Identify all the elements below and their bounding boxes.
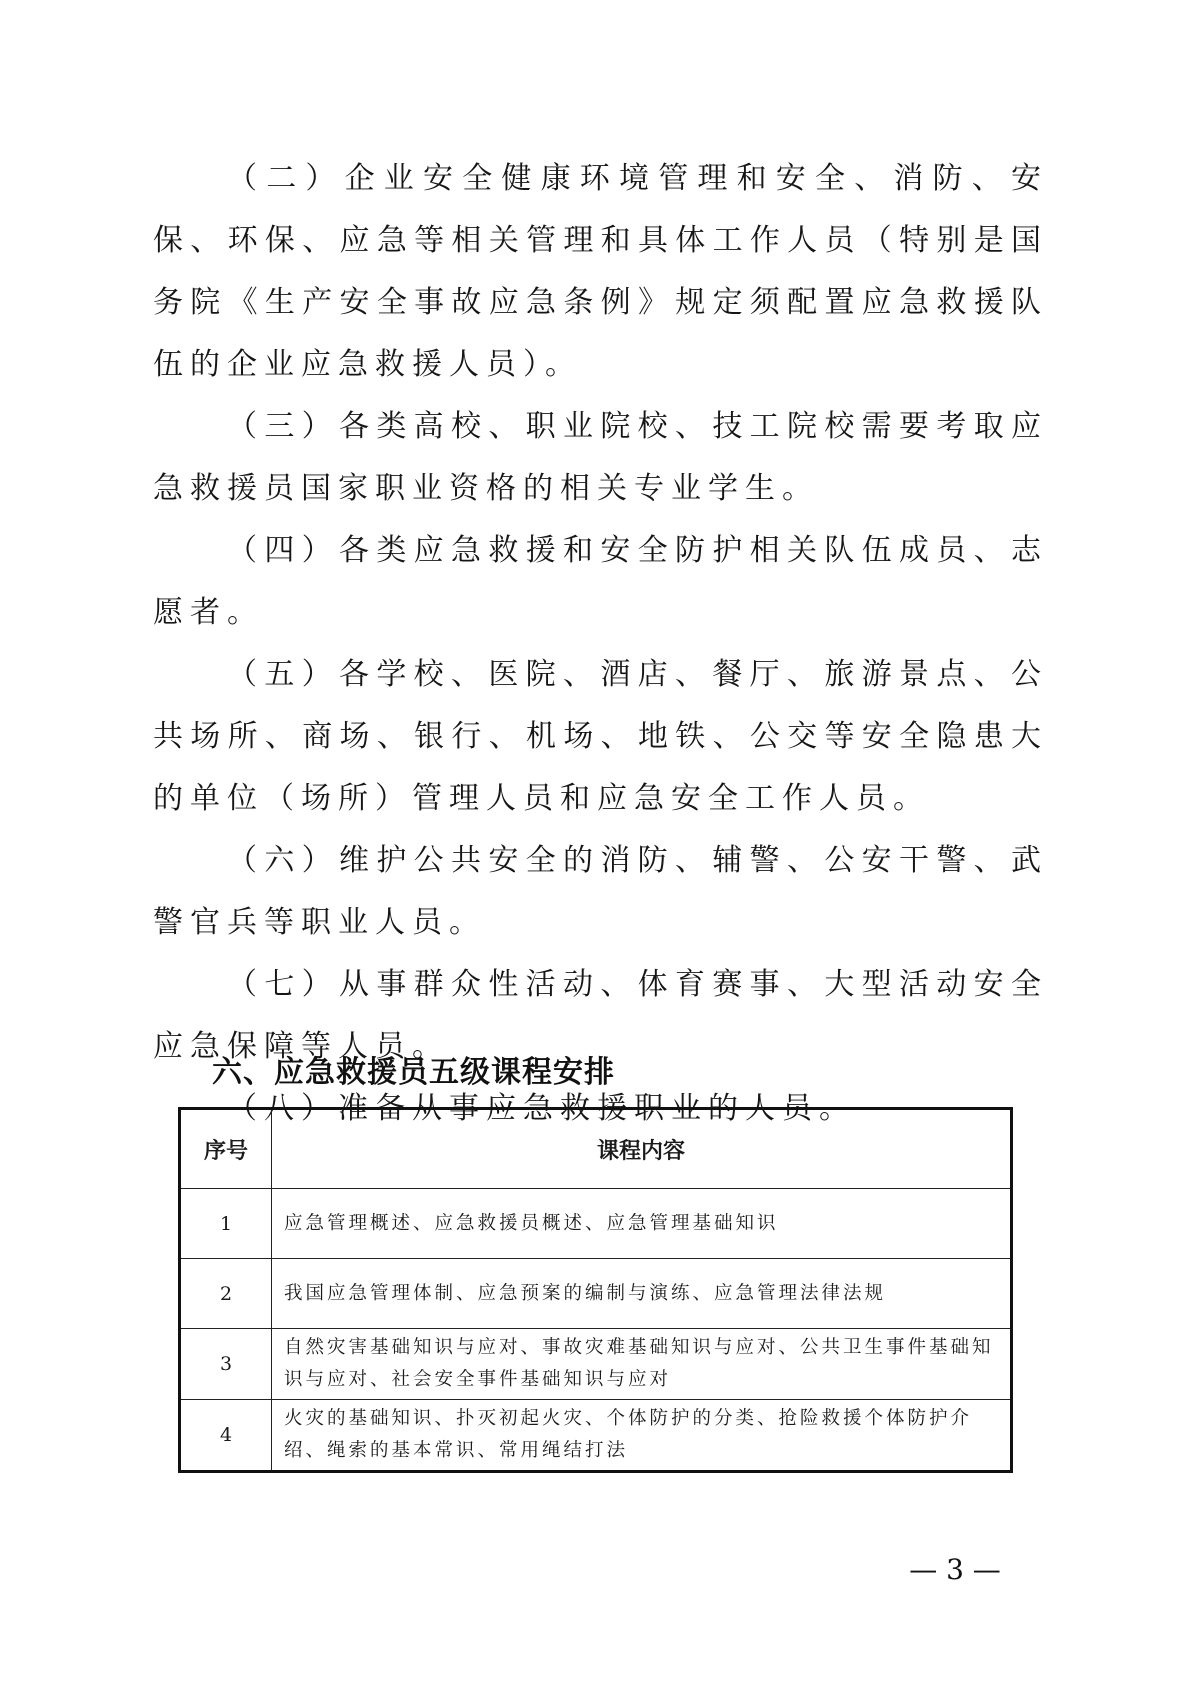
table-row: 2 我国应急管理体制、应急预案的编制与演练、应急管理法律法规 xyxy=(180,1259,1012,1329)
cell-serial-number: 4 xyxy=(180,1400,272,1472)
cell-course-content: 自然灾害基础知识与应对、事故灾难基础知识与应对、公共卫生事件基础知识与应对、社会… xyxy=(272,1329,1012,1400)
paragraph-item-3: （三）各类高校、职业院校、技工院校需要考取应急救援员国家职业资格的相关专业学生。 xyxy=(153,396,1048,520)
header-serial-number: 序号 xyxy=(180,1109,272,1189)
cell-course-content: 应急管理概述、应急救援员概述、应急管理基础知识 xyxy=(272,1189,1012,1259)
table-row: 3 自然灾害基础知识与应对、事故灾难基础知识与应对、公共卫生事件基础知识与应对、… xyxy=(180,1329,1012,1400)
cell-course-content: 我国应急管理体制、应急预案的编制与演练、应急管理法律法规 xyxy=(272,1259,1012,1329)
page-number: — 3 — xyxy=(900,1548,1010,1592)
document-page: （二）企业安全健康环境管理和安全、消防、安保、环保、应急等相关管理和具体工作人员… xyxy=(0,0,1190,1683)
body-text: （二）企业安全健康环境管理和安全、消防、安保、环保、应急等相关管理和具体工作人员… xyxy=(153,148,1048,1140)
section-heading: 六、应急救援员五级课程安排 xyxy=(212,1050,615,1096)
paragraph-item-2: （二）企业安全健康环境管理和安全、消防、安保、环保、应急等相关管理和具体工作人员… xyxy=(153,148,1048,396)
paragraph-item-5: （五）各学校、医院、酒店、餐厅、旅游景点、公共场所、商场、银行、机场、地铁、公交… xyxy=(153,644,1048,830)
paragraph-item-6: （六）维护公共安全的消防、辅警、公安干警、武警官兵等职业人员。 xyxy=(153,830,1048,954)
header-course-content: 课程内容 xyxy=(272,1109,1012,1189)
table-row: 4 火灾的基础知识、扑灭初起火灾、个体防护的分类、抢险救援个体防护介绍、绳索的基… xyxy=(180,1400,1012,1472)
cell-serial-number: 3 xyxy=(180,1329,272,1400)
cell-serial-number: 2 xyxy=(180,1259,272,1329)
cell-course-content: 火灾的基础知识、扑灭初起火灾、个体防护的分类、抢险救援个体防护介绍、绳索的基本常… xyxy=(272,1400,1012,1472)
course-schedule-table: 序号 课程内容 1 应急管理概述、应急救援员概述、应急管理基础知识 2 我国应急… xyxy=(178,1107,1013,1473)
cell-serial-number: 1 xyxy=(180,1189,272,1259)
paragraph-item-4: （四）各类应急救援和安全防护相关队伍成员、志愿者。 xyxy=(153,520,1048,644)
table-row: 1 应急管理概述、应急救援员概述、应急管理基础知识 xyxy=(180,1189,1012,1259)
table-header-row: 序号 课程内容 xyxy=(180,1109,1012,1189)
